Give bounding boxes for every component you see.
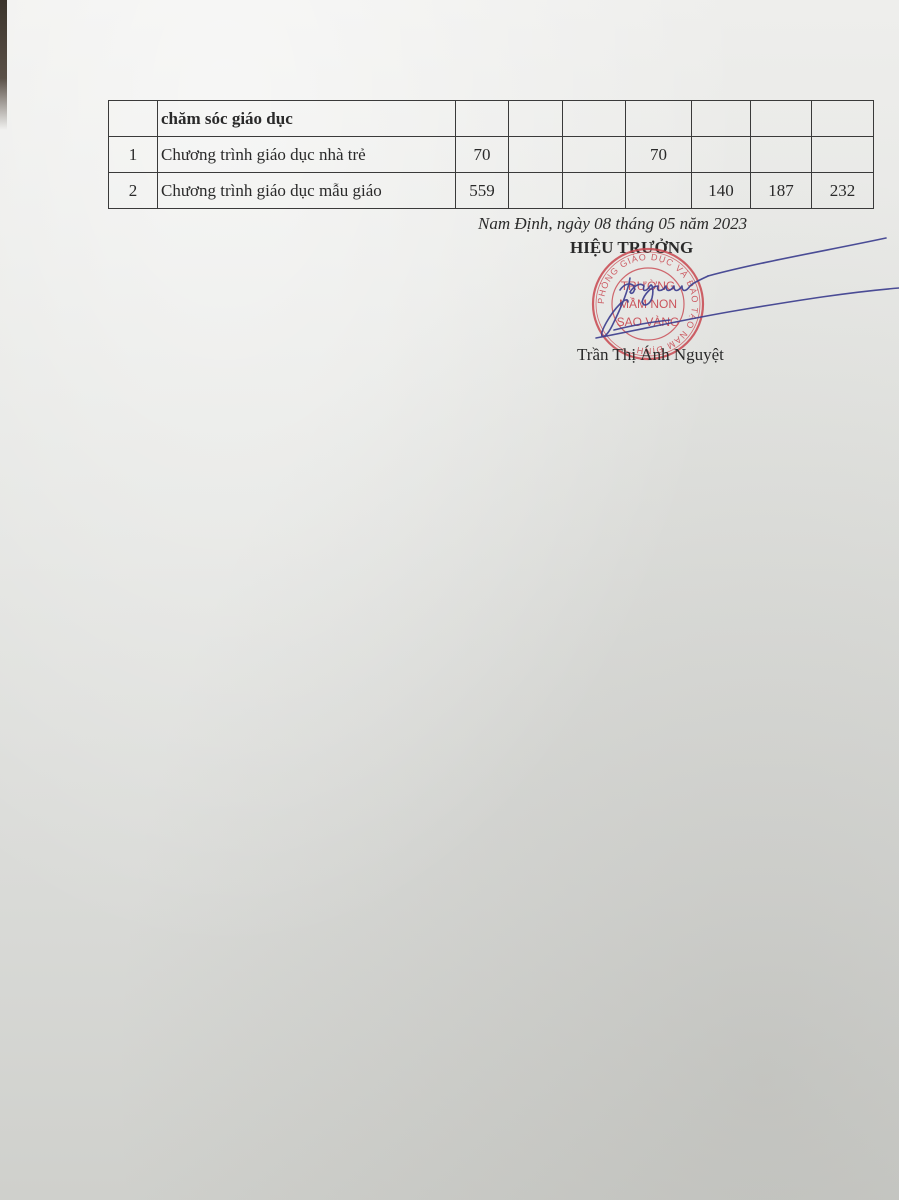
value-cell [563, 101, 626, 137]
row-number-cell: 1 [109, 137, 158, 173]
table-row: chăm sóc giáo dục [109, 101, 874, 137]
value-cell: 140 [692, 173, 751, 209]
row-name-cell: Chương trình giáo dục mẫu giáo [158, 173, 456, 209]
value-cell [812, 101, 874, 137]
value-cell [509, 101, 563, 137]
education-program-table: chăm sóc giáo dục 1 Chương trình giáo dụ… [108, 100, 874, 209]
value-cell [509, 137, 563, 173]
row-name-cell: Chương trình giáo dục nhà trẻ [158, 137, 456, 173]
table-row: 2 Chương trình giáo dục mẫu giáo 559 140… [109, 173, 874, 209]
value-cell [692, 137, 751, 173]
value-cell [509, 173, 563, 209]
value-cell: 232 [812, 173, 874, 209]
value-cell [812, 137, 874, 173]
value-cell [692, 101, 751, 137]
paper-edge-shadow [0, 0, 7, 130]
value-cell [751, 137, 812, 173]
value-cell [751, 101, 812, 137]
value-cell [563, 137, 626, 173]
handwritten-signature-icon [590, 230, 899, 360]
table-row: 1 Chương trình giáo dục nhà trẻ 70 70 [109, 137, 874, 173]
value-cell: 559 [456, 173, 509, 209]
signer-name: Trần Thị Ánh Nguyệt [577, 345, 724, 365]
row-number-cell: 2 [109, 173, 158, 209]
value-cell [563, 173, 626, 209]
value-cell: 187 [751, 173, 812, 209]
row-name-cell: chăm sóc giáo dục [158, 101, 456, 137]
row-number-cell [109, 101, 158, 137]
value-cell: 70 [626, 137, 692, 173]
value-cell [456, 101, 509, 137]
value-cell: 70 [456, 137, 509, 173]
value-cell [626, 101, 692, 137]
value-cell [626, 173, 692, 209]
